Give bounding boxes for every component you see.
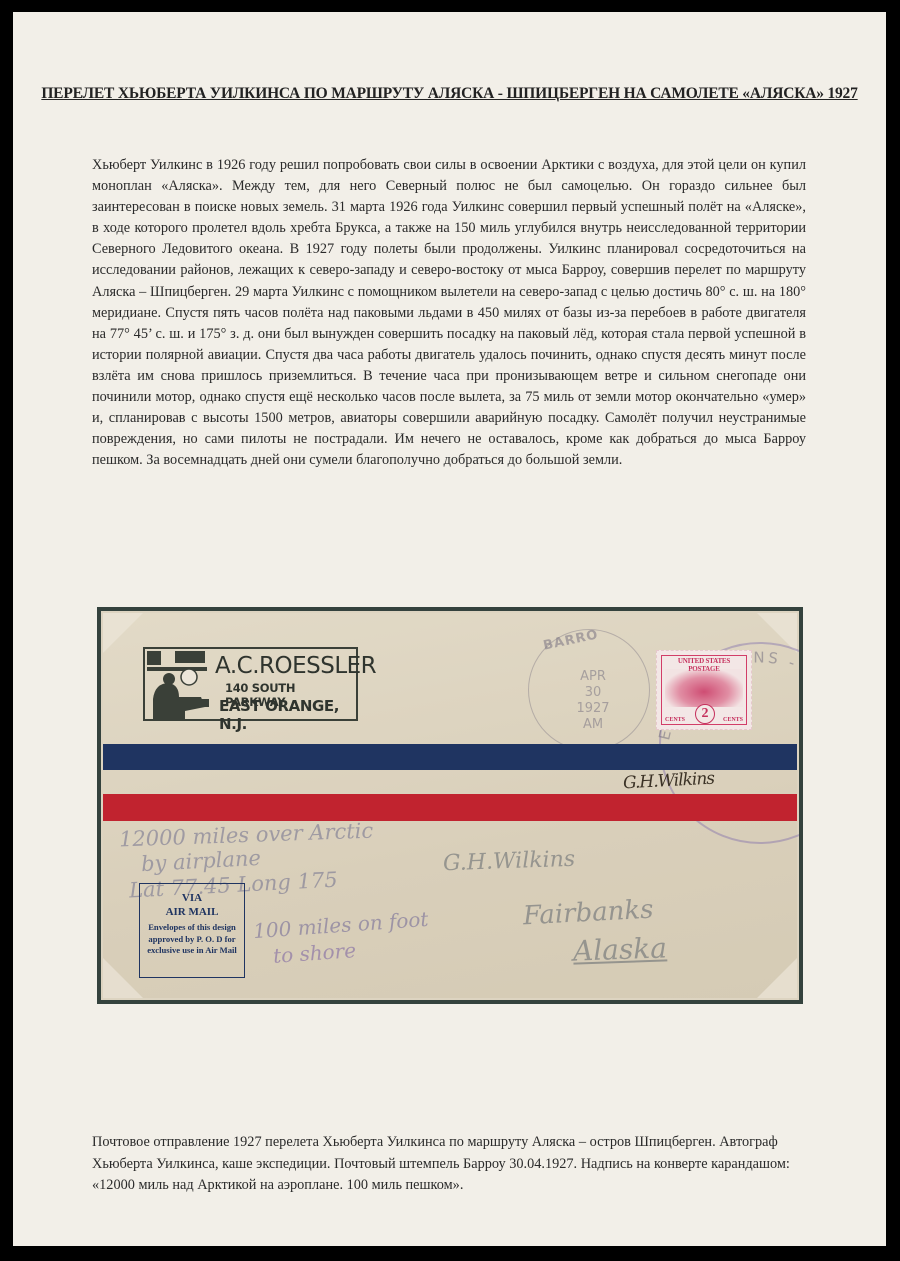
description-text: Хьюберт Уилкинс в 1926 году решил попроб… — [92, 155, 806, 471]
radio-operator-illustration-icon — [145, 649, 213, 719]
stamp-value: 2 — [695, 704, 715, 724]
pencil-address-city: Fairbanks — [522, 895, 654, 932]
blue-airmail-stripe — [103, 744, 797, 770]
postage-stamp: UNITED STATES POSTAGE CENTS 2 CENTS — [656, 650, 752, 730]
envelope-caption: Почтовое отправление 1927 перелета Хьюбе… — [92, 1132, 812, 1197]
postmark-time: AM — [573, 717, 613, 733]
postmark-day: 30 — [573, 685, 613, 701]
pencil-address-name: G.H.Wilkins — [443, 847, 576, 877]
pencil-note-line: to shore — [272, 938, 357, 968]
pencil-address-state: Alaska — [572, 931, 667, 967]
via-label: VIA — [140, 892, 244, 905]
pencil-note-line: 100 miles on foot — [252, 907, 429, 943]
cachet-address-city: EAST ORANGE, N.J. — [219, 697, 356, 733]
stamp-cents-right: CENTS — [723, 717, 743, 723]
air-mail-label: AIR MAIL — [140, 905, 244, 919]
stamp-cents-left: CENTS — [665, 717, 685, 723]
album-page: ПЕРЕЛЕТ ХЬЮБЕРТА УИЛКИНСА ПО МАРШРУТУ АЛ… — [13, 12, 886, 1246]
sender-cachet: A.C.ROESSLER 140 SOUTH PARKWAY EAST ORAN… — [143, 647, 358, 721]
postmark-month: APR — [573, 669, 613, 685]
red-airmail-stripe — [103, 794, 797, 821]
postmark-year: 1927 — [573, 701, 613, 717]
air-mail-note: Envelopes of this design approved by P. … — [140, 922, 244, 957]
airmail-envelope: A.C.ROESSLER 140 SOUTH PARKWAY EAST ORAN… — [97, 607, 803, 1004]
cachet-name: A.C.ROESSLER — [215, 653, 376, 679]
page-title: ПЕРЕЛЕТ ХЬЮБЕРТА УИЛКИНСА ПО МАРШРУТУ АЛ… — [13, 83, 886, 104]
envelope-paper: A.C.ROESSLER 140 SOUTH PARKWAY EAST ORAN… — [103, 613, 797, 998]
photo-corner — [757, 958, 797, 998]
photo-corner — [103, 958, 143, 998]
stamp-vignette-icon — [665, 669, 743, 707]
postmark-date: APR 30 1927 AM — [573, 669, 613, 733]
via-air-mail-label: VIA AIR MAIL Envelopes of this design ap… — [139, 883, 245, 978]
photo-corner — [103, 613, 143, 653]
